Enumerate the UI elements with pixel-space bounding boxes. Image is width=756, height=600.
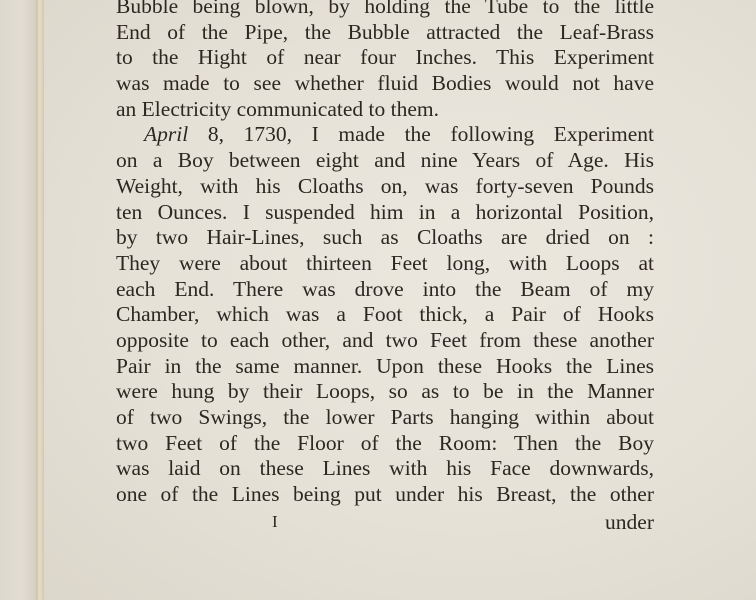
text-line: on a Boy between eight and nine Years of… [116,148,654,174]
page-text: Bubble being blown, by holding the Tube … [116,0,654,508]
text-line: End of the Pipe, the Bubble attracted th… [116,20,654,46]
opening-line-text: 8, 1730, I made the following Experiment [208,122,654,146]
text-line: to the Hight of near four Inches. This E… [116,45,654,71]
text-line: of two Swings, the lower Parts hanging w… [116,405,654,431]
text-line: was made to see whether fluid Bodies wou… [116,71,654,97]
text-line: two Feet of the Floor of the Room: Then … [116,431,654,457]
text-line: They were about thirteen Feet long, with… [116,251,654,277]
text-line: was laid on these Lines with his Face do… [116,456,654,482]
text-line: by two Hair-Lines, such as Cloaths are d… [116,225,654,251]
text-line: an Electricity communicated to them. [116,97,654,123]
text-line: ten Ounces. I suspended him in a horizon… [116,200,654,226]
page-footer: I under [116,509,654,535]
text-line: each End. There was drove into the Beam … [116,277,654,303]
catchword: under [605,509,654,535]
signature-mark: I [272,509,278,535]
text-line: were hung by their Loops, so as to be in… [116,379,654,405]
text-line: Chamber, which was a Foot thick, a Pair … [116,302,654,328]
text-line: Bubble being blown, by holding the Tube … [116,0,654,20]
facing-page-edge [0,0,36,600]
text-line: one of the Lines being put under his Bre… [116,482,654,508]
text-line: Pair in the same manner. Upon these Hook… [116,354,654,380]
paragraph-opening-line: April 8, 1730, I made the following Expe… [116,122,654,148]
text-line: Weight, with his Cloaths on, was forty-s… [116,174,654,200]
text-line: opposite to each other, and two Feet fro… [116,328,654,354]
date-month: April [144,122,188,146]
book-gutter [36,0,44,600]
